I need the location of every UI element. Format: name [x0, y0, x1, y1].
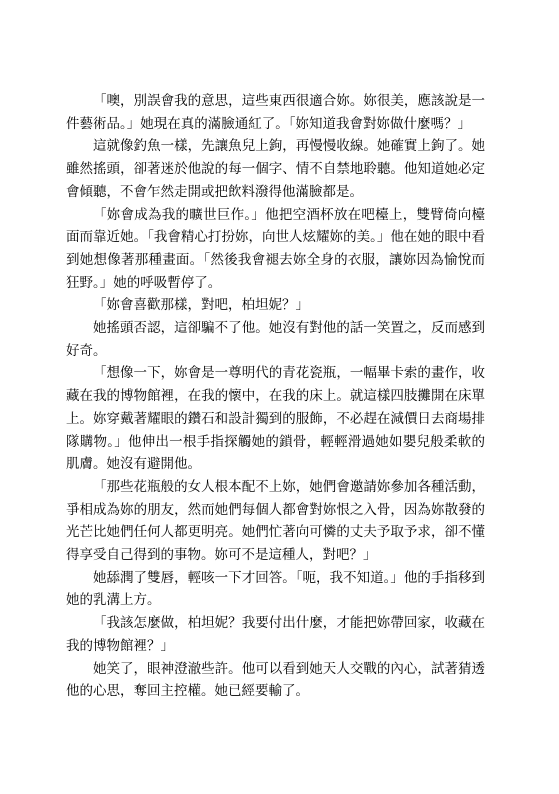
text-block: 「噢，別誤會我的意思，這些東西很適合妳。妳很美，應該說是一件藝術品。」她現在真的… [66, 90, 485, 703]
paragraph: 「噢，別誤會我的意思，這些東西很適合妳。妳很美，應該說是一件藝術品。」她現在真的… [66, 90, 485, 135]
paragraph: 「妳會喜歡那樣，對吧，柏坦妮？」 [66, 294, 485, 317]
paragraph: 她笑了，眼神澄澈些許。他可以看到她天人交戰的內心，試著猜透他的心思，奪回主控權。… [66, 658, 485, 703]
paragraph: 這就像釣魚一樣，先讓魚兒上鉤，再慢慢收線。她確實上鉤了。她雖然搖頭，卻著迷於他說… [66, 135, 485, 203]
paragraph: 她搖頭否認，這卻騙不了他。她沒有對他的話一笑置之，反而感到好奇。 [66, 317, 485, 362]
paragraph: 「那些花瓶般的女人根本配不上妳，她們會邀請妳參加各種活動，爭相成為妳的朋友，然而… [66, 476, 485, 567]
paragraph: 她舔潤了雙唇，輕咳一下才回答。「呃，我不知道。」他的手指移到她的乳溝上方。 [66, 567, 485, 612]
paragraph: 「想像一下，妳會是一尊明代的青花瓷瓶，一幅畢卡索的畫作，收藏在我的博物館裡，在我… [66, 362, 485, 476]
document-page: 「噢，別誤會我的意思，這些東西很適合妳。妳很美，應該說是一件藝術品。」她現在真的… [0, 0, 559, 794]
paragraph: 「妳會成為我的曠世巨作。」他把空酒杯放在吧檯上，雙臂倚向檯面而靠近她。「我會精心… [66, 204, 485, 295]
paragraph: 「我該怎麼做，柏坦妮？我要付出什麼，才能把妳帶回家，收藏在我的博物館裡？」 [66, 612, 485, 657]
